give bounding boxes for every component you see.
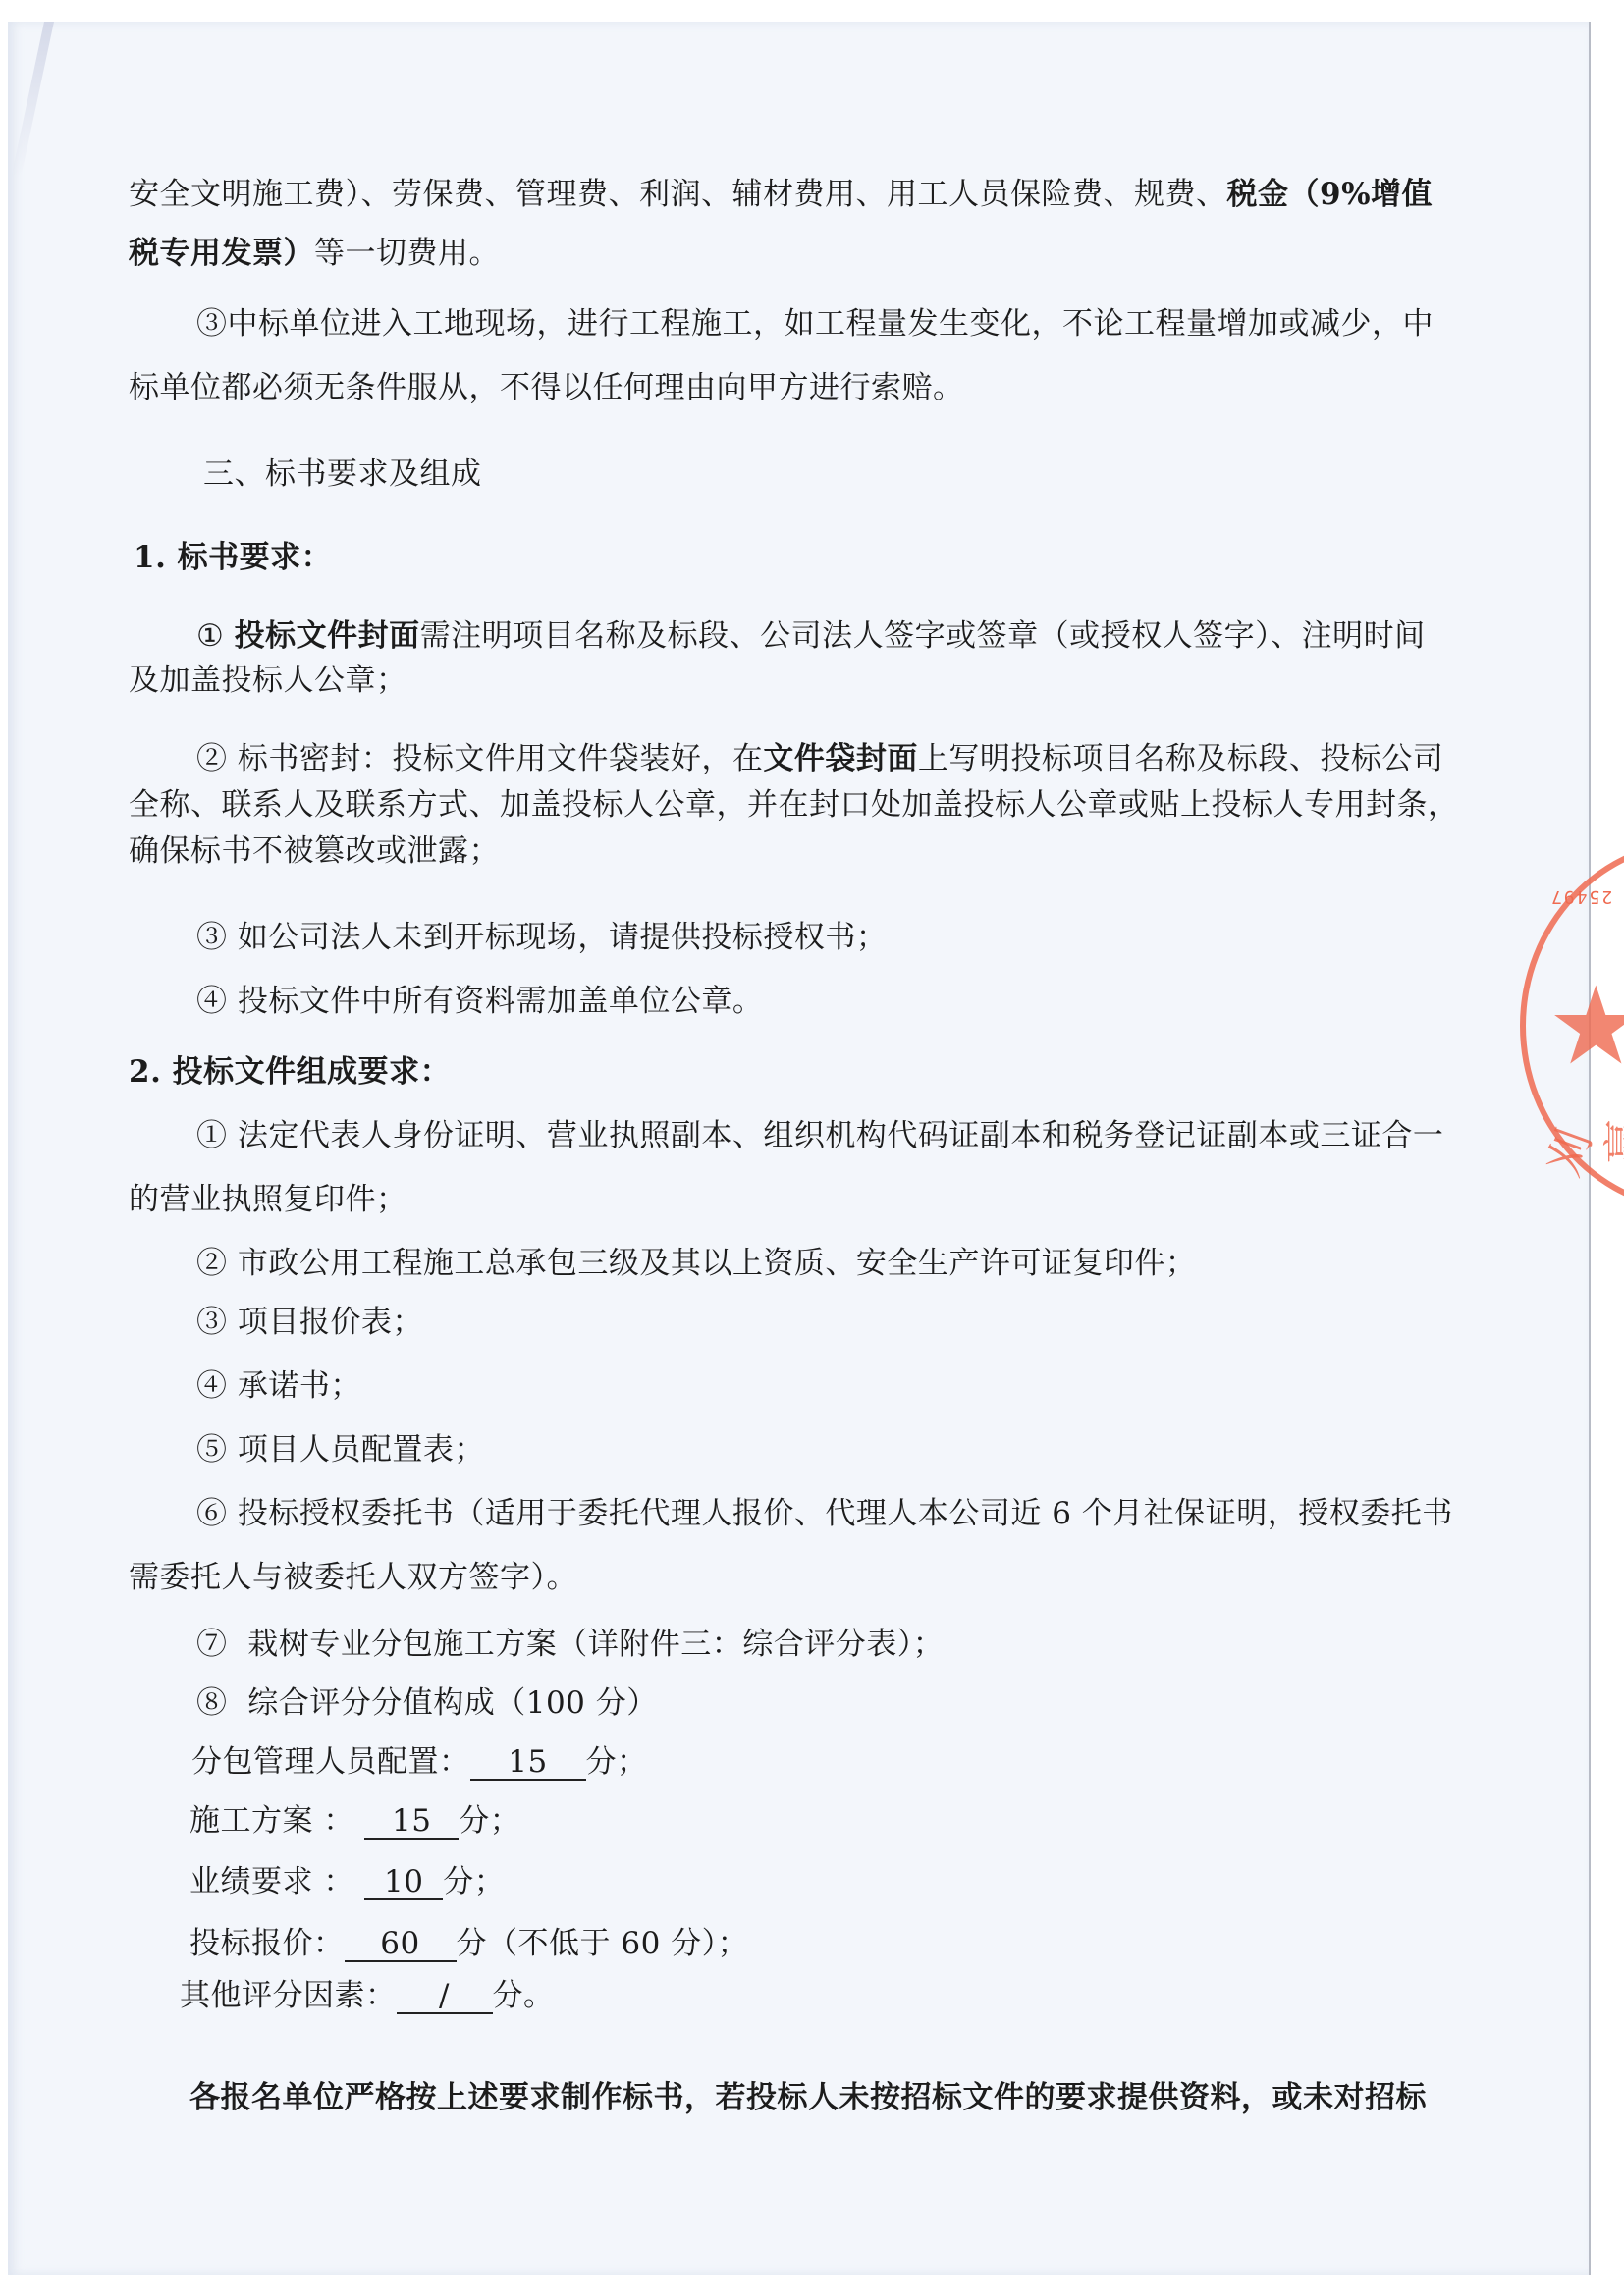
fees-tax-bold: 税金（9%增值 [1227, 177, 1434, 212]
score-label: 业绩要求 ： [189, 1864, 354, 1899]
circled-number: ② [196, 741, 228, 776]
req-item-1-line-1: ① 投标文件封面需注明项目名称及标段、公司法人签字或签章（或授权人签字）、注明时… [196, 616, 1426, 656]
req-item-text: 需注明项目名称及标段、公司法人签字或签章（或授权人签字）、注明时间 [420, 618, 1426, 654]
comp-item-6-line-2: 需委托人与被委托人双方签字）。 [129, 1558, 577, 1597]
score-value: / [397, 1979, 493, 2014]
fees-paragraph-line-1: 安全文明施工费）、劳保费、管理费、利润、辅材费用、用工人员保险费、规费、税金（9… [129, 175, 1433, 214]
req-item-text: 如公司法人未到开标现场，请提供投标授权书； [238, 920, 888, 955]
circled-number: ③ [196, 920, 228, 955]
comp-item-1-line-2: 的营业执照复印件； [129, 1180, 407, 1219]
bid-cover-bold: 投标文件封面 [235, 618, 420, 654]
score-suffix: 分。 [493, 1978, 555, 2013]
score-suffix: 分； [459, 1803, 520, 1839]
seal-number: 25497 [1549, 886, 1612, 907]
comp-item-2: ② 市政公用工程施工总承包三级及其以上资质、安全生产许可证复印件； [196, 1244, 1196, 1283]
circled-number: ⑤ [196, 1432, 228, 1468]
score-suffix: 分； [443, 1864, 505, 1899]
score-label: 投标报价： [189, 1926, 345, 1961]
comp-item-8: ⑧ 综合评分分值构成（100 分） [196, 1683, 658, 1723]
fees-paragraph-line-2: 税专用发票）等一切费用。 [129, 234, 500, 273]
subsection-2-title: 2. 投标文件组成要求： [129, 1052, 451, 1092]
comp-item-1-line-1: ① 法定代表人身份证明、营业执照副本、组织机构代码证副本和税务登记证副本或三证合… [196, 1116, 1443, 1155]
comp-item-text: 项目报价表； [238, 1305, 423, 1340]
subsection-1-title: 1. 标书要求： [134, 538, 332, 577]
comp-item-text: 综合评分分值构成（100 分） [247, 1685, 658, 1721]
score-value: 60 [345, 1927, 457, 1962]
circled-number: ② [196, 1246, 228, 1281]
clause-3-line-1: ③中标单位进入工地现场，进行工程施工，如工程量发生变化，不论工程量增加或减少，中 [196, 304, 1434, 344]
comp-item-5: ⑤ 项目人员配置表； [196, 1430, 485, 1469]
score-row-subcontract-management: 分包管理人员配置：15分； [191, 1742, 648, 1782]
req-item-3: ③ 如公司法人未到开标现场，请提供投标授权书； [196, 918, 887, 957]
score-row-performance: 业绩要求 ： 10分； [189, 1862, 505, 1901]
score-label: 分包管理人员配置： [191, 1744, 470, 1780]
fees-invoice-bold: 税专用发票） [129, 236, 314, 271]
comp-item-text: 栽树专业分包施工方案（详附件三：综合评分表）； [247, 1627, 944, 1662]
circled-number: ① [196, 618, 224, 654]
req-item-4: ④ 投标文件中所有资料需加盖单位公章。 [196, 982, 763, 1021]
score-label: 施工方案 ： [189, 1803, 354, 1839]
req-item-2-line-1: ② 标书密封：投标文件用文件袋装好，在文件袋封面上写明投标项目名称及标段、投标公… [196, 739, 1443, 778]
envelope-cover-bold: 文件袋封面 [763, 741, 918, 776]
seal-char-2: 赢 [1591, 1119, 1624, 1164]
score-value: 15 [364, 1804, 459, 1840]
circled-number: ④ [196, 984, 228, 1019]
clause-3-line-2: 标单位都必须无条件服从，不得以任何理由向甲方进行索赔。 [129, 368, 964, 407]
section-title: 三、标书要求及组成 [203, 454, 482, 494]
comp-item-4: ④ 承诺书； [196, 1366, 361, 1406]
req-item-2-line-2: 全称、联系人及联系方式、加盖投标人公章，并在封口处加盖投标人公章或贴上投标人专用… [129, 785, 1459, 825]
comp-item-6-line-1: ⑥ 投标授权委托书（适用于委托代理人报价、代理人本公司近 6 个月社保证明，授权… [196, 1494, 1453, 1533]
fees-text-end: 等一切费用。 [314, 236, 500, 271]
score-row-other-factors: 其他评分因素：/分。 [180, 1976, 555, 2015]
score-row-construction-plan: 施工方案 ： 15分； [189, 1801, 520, 1841]
score-suffix: 分； [586, 1744, 648, 1780]
score-suffix: 分（不低于 60 分）； [457, 1926, 749, 1961]
comp-item-7: ⑦ 栽树专业分包施工方案（详附件三：综合评分表）； [196, 1625, 944, 1664]
closing-paragraph: 各报名单位严格按上述要求制作标书，若投标人未按招标文件的要求提供资料，或未对招标 [189, 2078, 1427, 2117]
req-item-text: 标书密封：投标文件用文件袋装好，在 [238, 741, 764, 776]
comp-item-3: ③ 项目报价表； [196, 1303, 423, 1342]
official-seal: 25497 ★ 刈 赢 [1520, 839, 1624, 1212]
comp-item-text: 承诺书； [238, 1368, 361, 1404]
score-label: 其他评分因素： [180, 1978, 397, 2013]
fees-text: 安全文明施工费）、劳保费、管理费、利润、辅材费用、用工人员保险费、规费、 [129, 177, 1227, 212]
comp-item-text: 投标授权委托书（适用于委托代理人报价、代理人本公司近 6 个月社保证明，授权委托… [238, 1496, 1453, 1531]
circled-number: ⑦ [196, 1627, 228, 1662]
circled-number: ④ [196, 1368, 228, 1404]
req-item-text: 上写明投标项目名称及标段、投标公司 [918, 741, 1444, 776]
circled-number: ① [196, 1118, 228, 1153]
req-item-2-line-3: 确保标书不被篡改或泄露； [129, 831, 500, 871]
comp-item-text: 法定代表人身份证明、营业执照副本、组织机构代码证副本和税务登记证副本或三证合一 [238, 1118, 1444, 1153]
comp-item-text: 市政公用工程施工总承包三级及其以上资质、安全生产许可证复印件； [238, 1246, 1197, 1281]
circled-number: ⑥ [196, 1496, 228, 1531]
score-value: 15 [470, 1745, 586, 1781]
circled-number: ③ [196, 1305, 228, 1340]
star-icon: ★ [1547, 972, 1624, 1080]
req-item-1-line-2: 及加盖投标人公章； [129, 661, 407, 700]
comp-item-text: 项目人员配置表； [238, 1432, 485, 1468]
req-item-text: 投标文件中所有资料需加盖单位公章。 [238, 984, 764, 1019]
circled-number: ⑧ [196, 1685, 228, 1721]
score-value: 10 [364, 1865, 443, 1900]
score-row-bid-price: 投标报价：60分（不低于 60 分）； [189, 1924, 748, 1963]
